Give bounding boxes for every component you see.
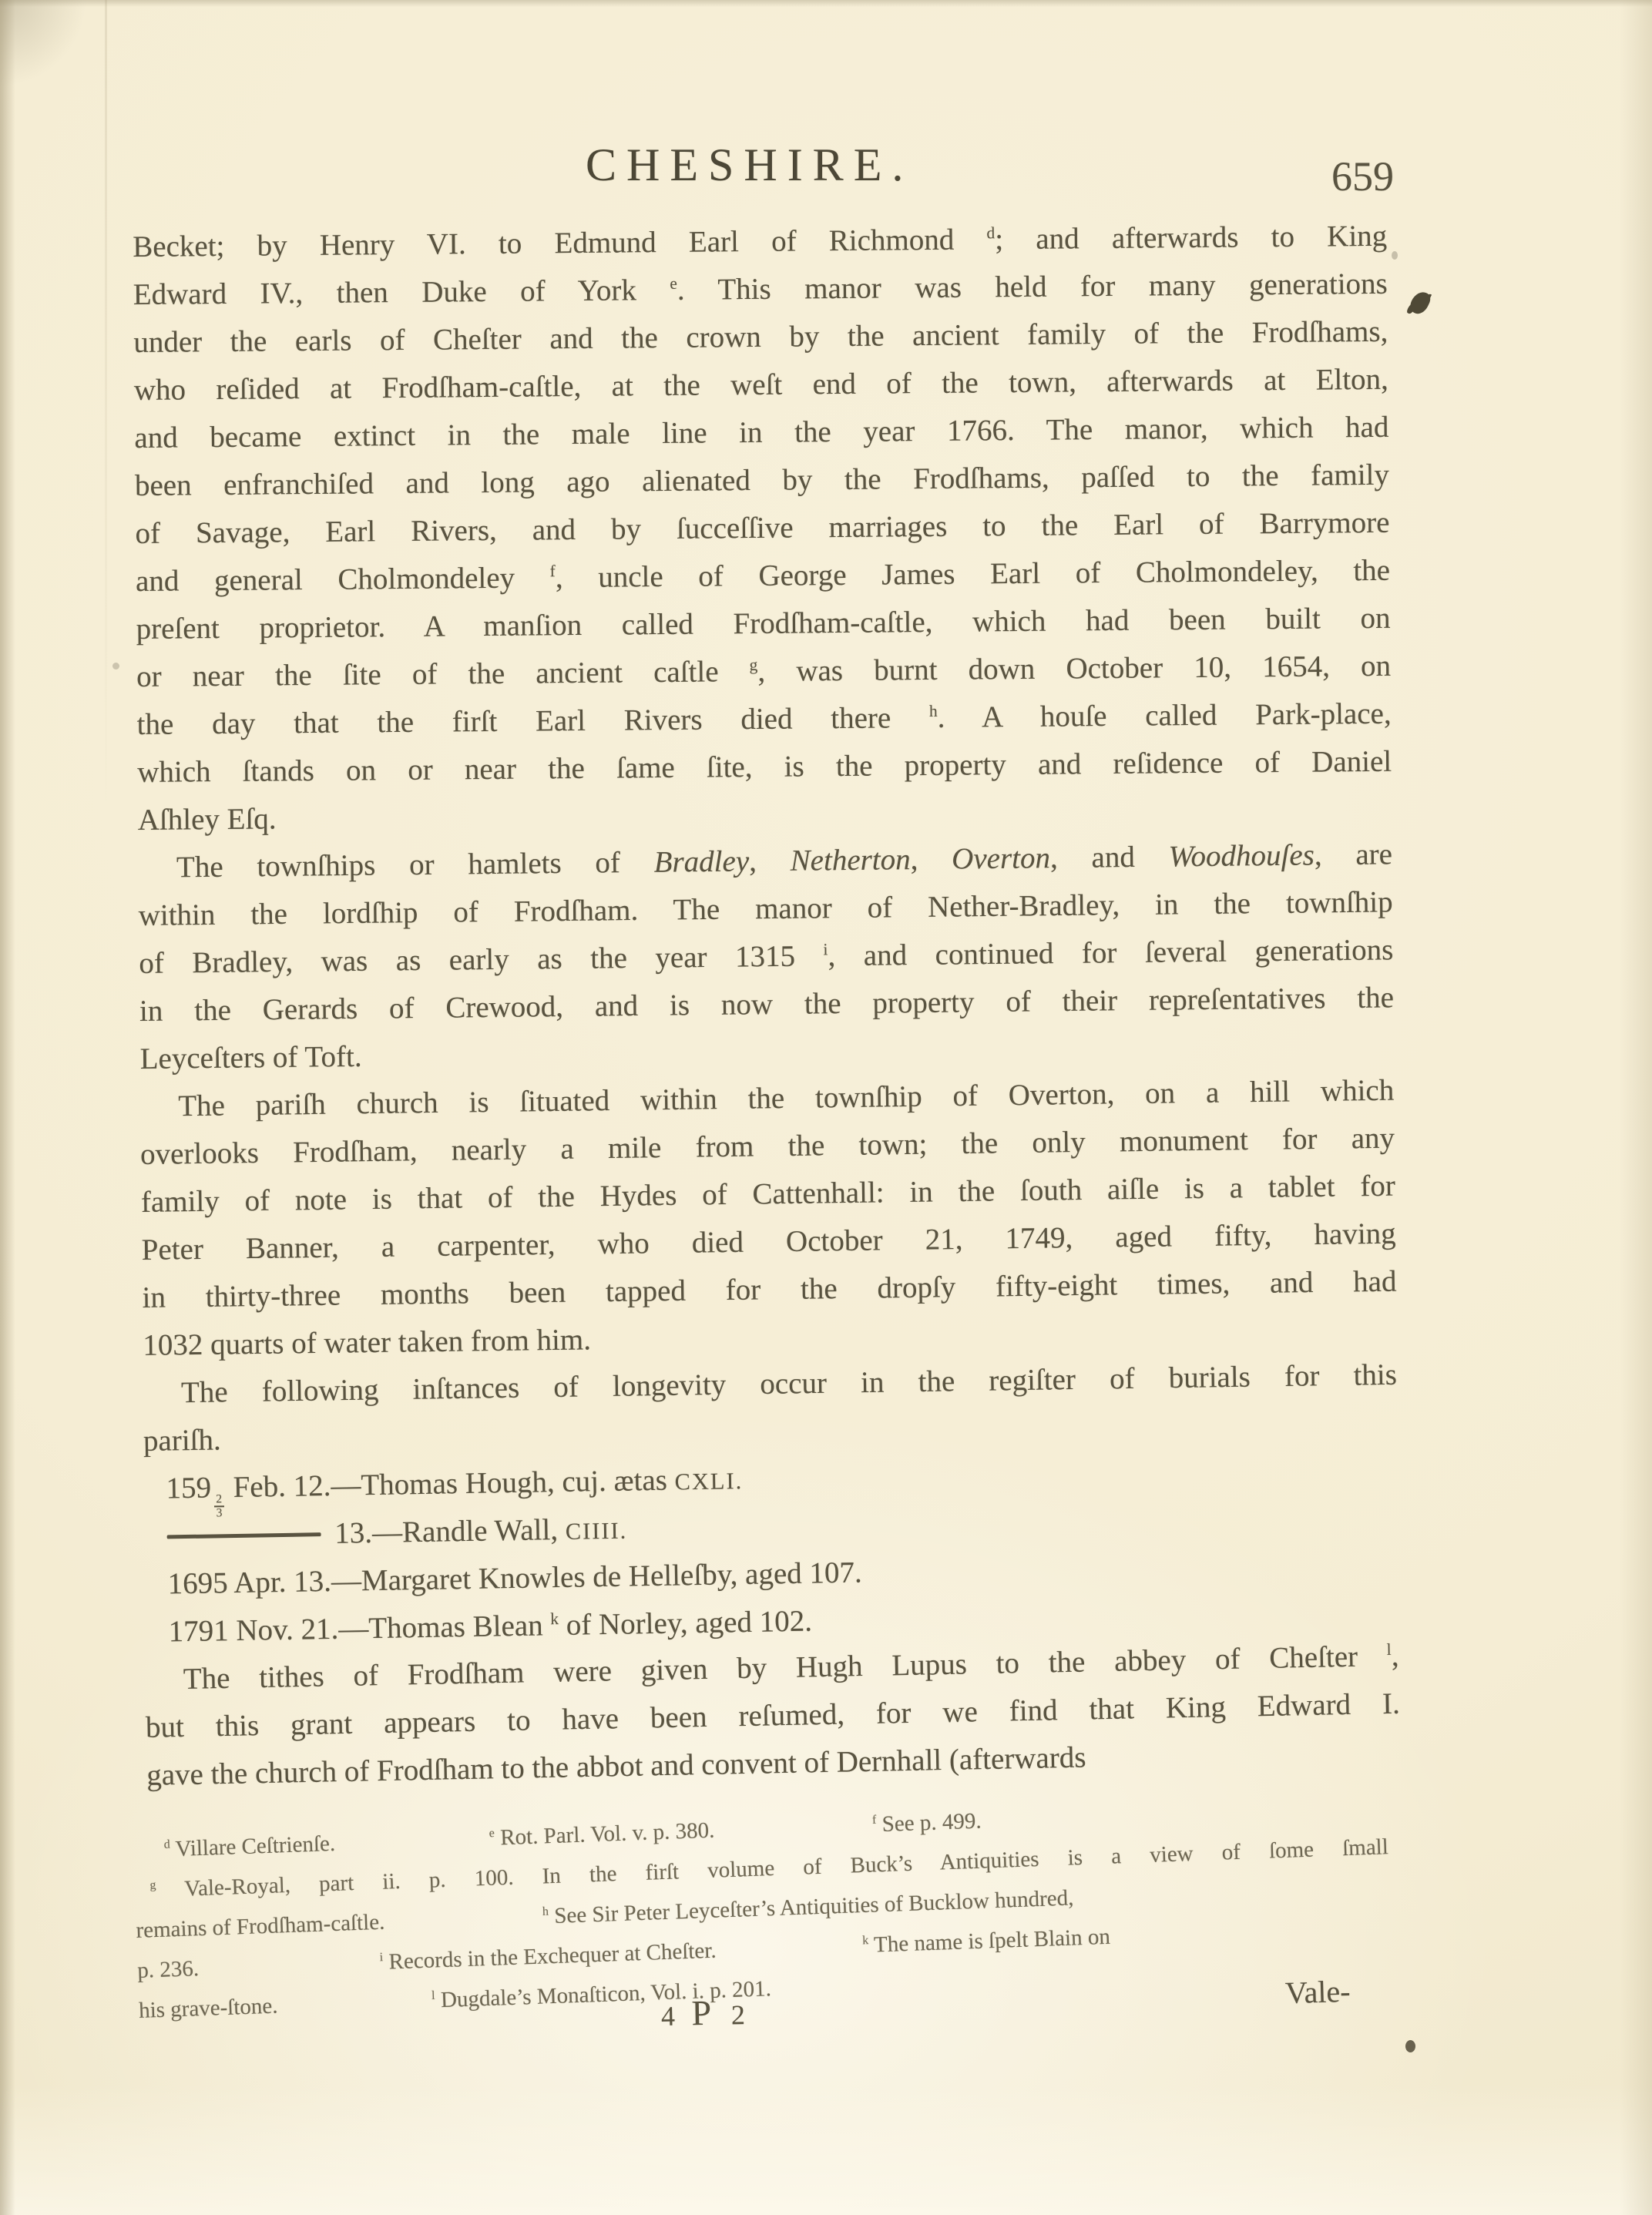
- footnote-segment: e Rot. Parl. Vol. v. p. 380.: [489, 1818, 714, 1851]
- running-head-title: CHESHIRE.: [586, 139, 913, 192]
- footnote-segment: remains of Frodſham-caſtle.: [136, 1910, 385, 1943]
- ink-speck: [112, 663, 119, 670]
- ink-blot: [1408, 289, 1433, 317]
- paragraph: The pariſh church is ſituated within the…: [139, 1067, 1398, 1370]
- catchword: Vale-: [1284, 1973, 1351, 2011]
- page-number: 659: [1331, 153, 1394, 200]
- main-text: Becket; by Henry VI. to Edmund Earl of R…: [133, 213, 1401, 1800]
- ink-speck: [1392, 251, 1398, 260]
- paragraph: 15923 Feb. 12.—Thomas Hough, cuj. ætas C…: [143, 1445, 1400, 1656]
- footnote-segment: his grave-ſtone.: [139, 1994, 278, 2023]
- book-page-scan: { "colors": { "paper": "#f6efd8", "ink":…: [0, 0, 1652, 2215]
- paragraph: The townſhips or hamlets of Bradley, Net…: [138, 831, 1395, 1083]
- paragraph: The tithes of Frodſham were given by Hug…: [144, 1633, 1401, 1800]
- paragraph: Becket; by Henry VI. to Edmund Earl of R…: [133, 213, 1392, 844]
- footnote-segment: f See p. 499.: [872, 1809, 982, 1837]
- footnote-segment: d Villare Ceſtrienſe.: [163, 1831, 335, 1862]
- footnote-segment: i Records in the Exchequer at Cheſter.: [379, 1938, 717, 1975]
- ink-speck: [1405, 2040, 1415, 2052]
- page-crease: [105, 0, 107, 809]
- signature-mark: 4 P 2: [661, 1992, 747, 2034]
- footnotes: d Villare Ceſtrienſe.e Rot. Parl. Vol. v…: [133, 1787, 1393, 2031]
- footnote-segment: p. 236.: [137, 1956, 200, 1983]
- footnote-segment: k The name is ſpelt Blain on: [862, 1925, 1110, 1958]
- ditto-rule: [167, 1533, 321, 1539]
